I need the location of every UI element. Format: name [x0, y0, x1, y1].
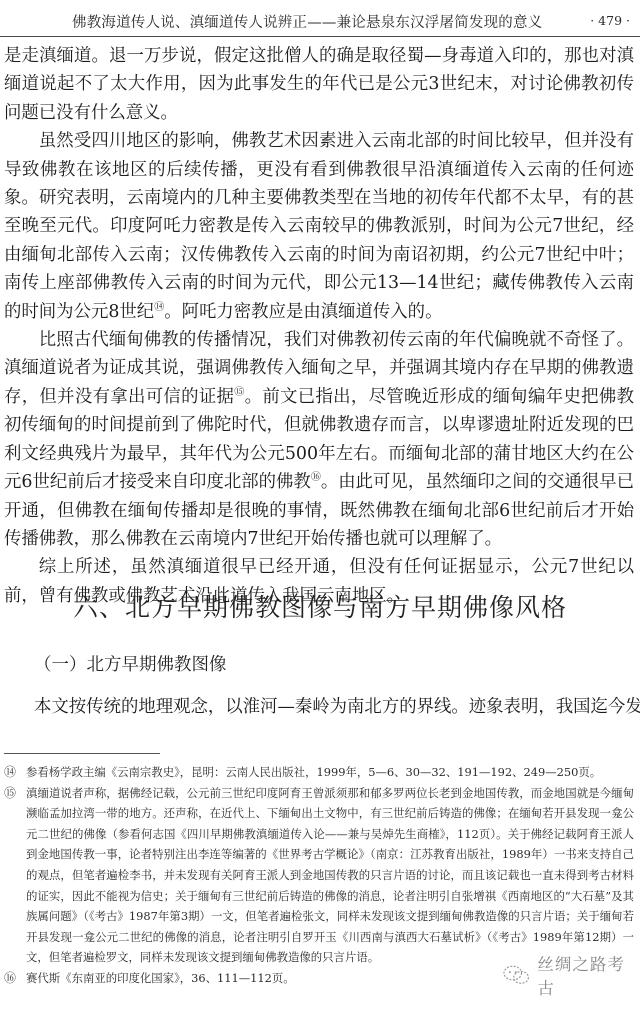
footnote-15: ⑮ 滇缅道说者声称，据佛经记载，公元前三世纪印度阿育王曾派须那和郁多罗两位长老到… [4, 783, 634, 968]
wechat-icon [502, 964, 531, 986]
section-intro-paragraph: 本文按传统的地理观念，以淮河—秦岭为南北方的界线。迹象表明，我国迄今发现 [34, 692, 638, 717]
paragraph-text: 是走滇缅道。退一万步说，假定这批僧人的确是取径蜀—身毒道入印的，那也对滇缅道说起… [4, 46, 634, 123]
footnote-number: ⑯ [4, 968, 16, 989]
paragraph: 虽然受四川地区的影响，佛教艺术因素进入云南北部的时间比较早，但并没有导致佛教在该… [4, 127, 634, 326]
footnote-number: ⑮ [4, 783, 16, 804]
paragraph: 是走滇缅道。退一万步说，假定这批僧人的确是取径蜀—身毒道入印的，那也对滇缅道说起… [4, 42, 634, 127]
footnote-ref-14[interactable]: ⑭ [154, 302, 164, 313]
watermark-text: 丝绸之路考古 [537, 951, 640, 999]
paragraph: 比照古代缅甸佛教的传播情况，我们对佛教初传云南的年代偏晚就不奇怪了。滇缅道说者为… [4, 326, 634, 553]
body-text: 是走滇缅道。退一万步说，假定这批僧人的确是取径蜀—身毒道入印的，那也对滇缅道说起… [4, 42, 634, 610]
watermark: 丝绸之路考古 [502, 962, 640, 988]
footnote-ref-16[interactable]: ⑯ [311, 472, 321, 483]
footnote-divider [4, 753, 160, 754]
paragraph-text: 虽然受四川地区的影响，佛教艺术因素进入云南北部的时间比较早，但并没有导致佛教在该… [4, 131, 634, 321]
section-heading: 六、北方早期佛教图像与南方早期佛像风格 [0, 588, 640, 624]
footnote-text: 参看杨学政主编《云南宗教史》，昆明：云南人民出版社，1999年，5—6、30—3… [26, 765, 601, 779]
footnote-14: ⑭ 参看杨学政主编《云南宗教史》，昆明：云南人民出版社，1999年，5—6、30… [4, 762, 634, 783]
footnote-text: 滇缅道说者声称，据佛经记载，公元前三世纪印度阿育王曾派须那和郁多罗两位长老到金地… [26, 786, 634, 965]
paragraph-text: 。阿吒力密教应是由滇缅道传入的。 [164, 302, 442, 322]
footnote-ref-15[interactable]: ⑮ [234, 387, 244, 398]
page-number: · 479 · [590, 13, 630, 28]
footnote-text: 赛代斯《东南亚的印度化国家》，36、111—112页。 [26, 971, 295, 985]
running-header: 佛教海道传人说、滇缅道传人说辨正——兼论悬泉东汉浮屠简发现的意义 · 479 · [0, 0, 640, 37]
footnote-number: ⑭ [4, 762, 16, 783]
running-title: 佛教海道传人说、滇缅道传人说辨正——兼论悬泉东汉浮屠简发现的意义 [72, 11, 542, 32]
subsection-heading: （一）北方早期佛教图像 [34, 651, 227, 676]
